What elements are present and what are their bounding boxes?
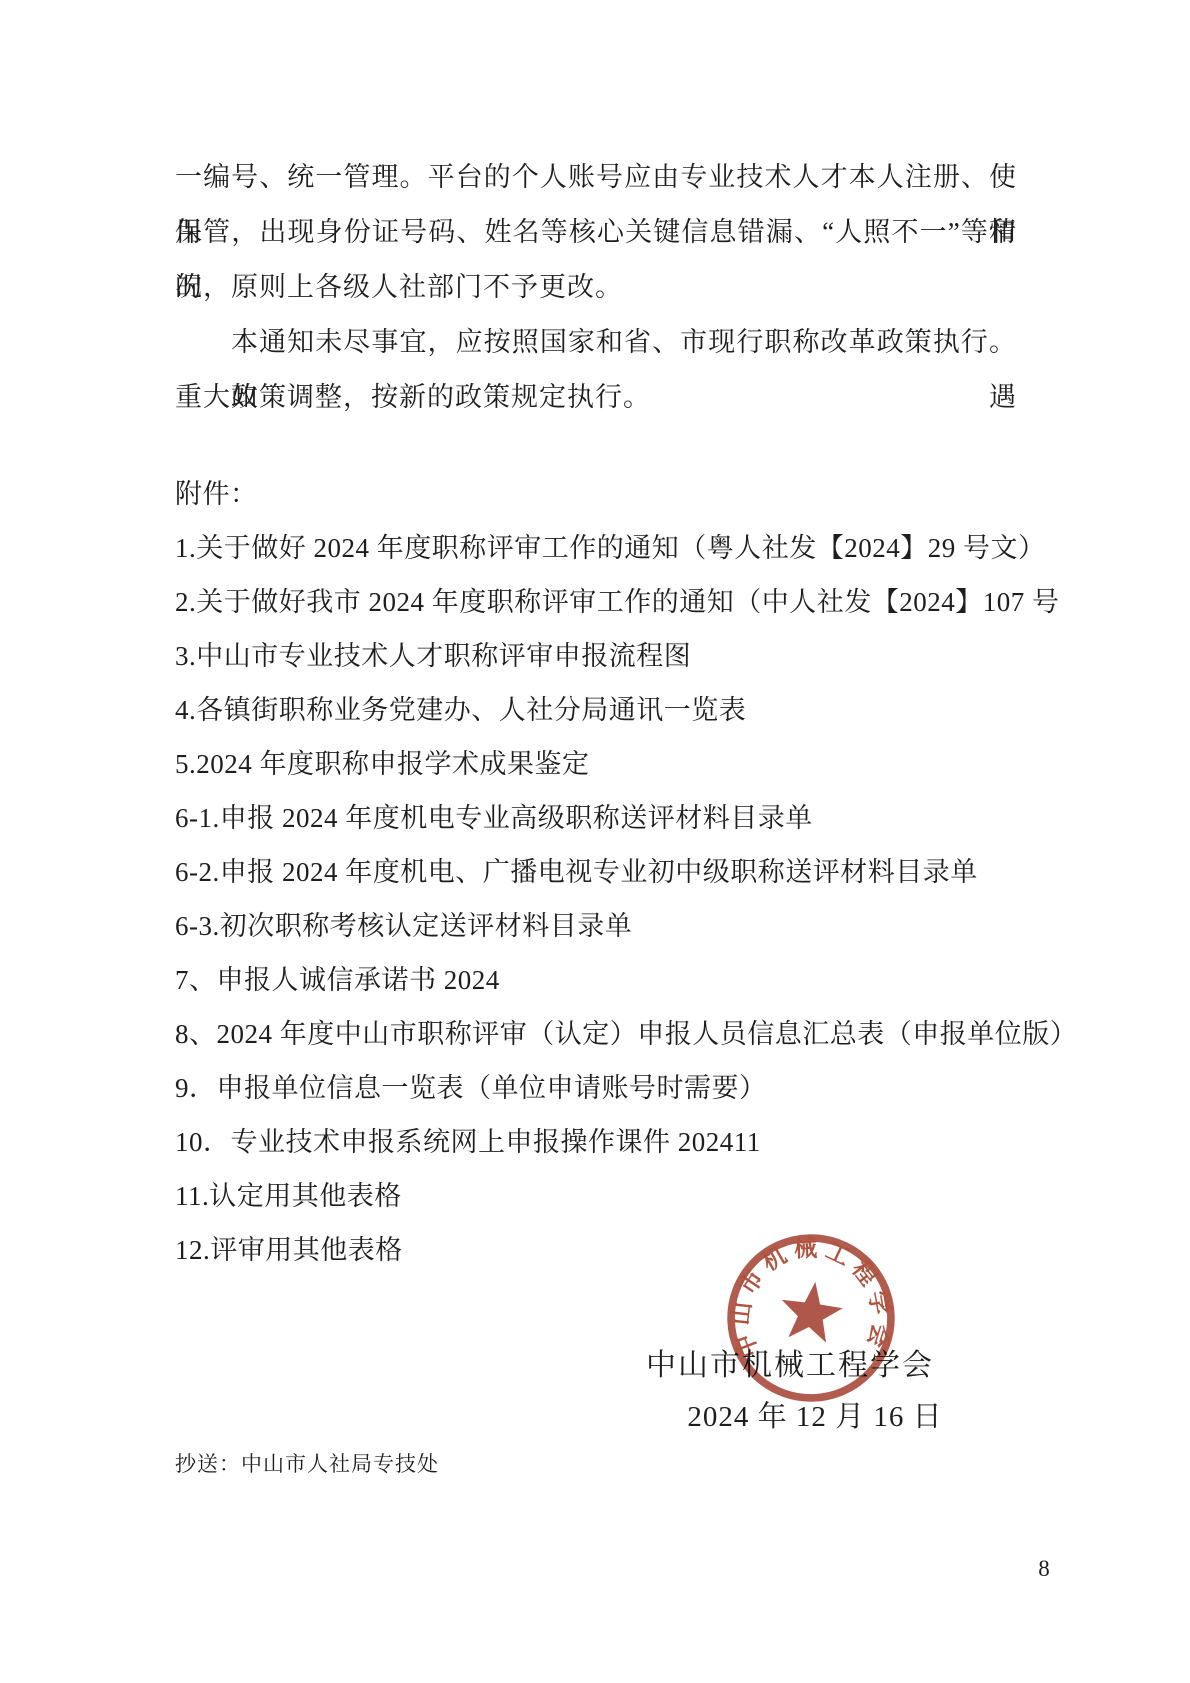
official-seal: 中山市机械工程学会 — [722, 1229, 900, 1407]
paragraph-line: 保管，出现身份证号码、姓名等核心关键信息错漏、“人照不一”等情况 — [175, 205, 1017, 260]
paragraph-line: 一编号、统一管理。平台的个人账号应由专业技术人才本人注册、使用和 — [175, 150, 1017, 205]
attachments-section: 附件： 1.关于做好 2024 年度职称评审工作的通知（粤人社发【2024】29… — [175, 467, 1055, 1277]
attachment-item: 9．申报单位信息一览表（单位申请账号时需要） — [175, 1061, 1055, 1115]
attachment-item: 8、2024 年度中山市职称评审（认定）申报人员信息汇总表（申报单位版） — [175, 1007, 1055, 1061]
attachment-item: 4.各镇街职称业务党建办、人社分局通讯一览表 — [175, 683, 1055, 737]
attachment-item: 6-2.申报 2024 年度机电、广播电视专业初中级职称送评材料目录单 — [175, 845, 1055, 899]
attachment-item: 7、申报人诚信承诺书 2024 — [175, 953, 1055, 1007]
attachment-item: 3.中山市专业技术人才职称评审申报流程图 — [175, 629, 1055, 683]
attachments-heading: 附件： — [175, 467, 1055, 521]
attachment-item: 12.评审用其他表格 — [175, 1223, 1055, 1277]
paragraph-line: 本通知未尽事宜，应按照国家和省、市现行职称改革政策执行。如遇 — [175, 315, 1017, 370]
page-number: 8 — [1022, 1556, 1066, 1582]
attachment-item: 1.关于做好 2024 年度职称评审工作的通知（粤人社发【2024】29 号文） — [175, 521, 1055, 575]
official-seal-graphic: 中山市机械工程学会 — [722, 1229, 900, 1407]
attachment-item: 6-1.申报 2024 年度机电专业高级职称送评材料目录单 — [175, 791, 1055, 845]
attachment-item: 5.2024 年度职称申报学术成果鉴定 — [175, 737, 1055, 791]
attachment-item: 6-3.初次职称考核认定送评材料目录单 — [175, 899, 1055, 953]
attachment-item: 2.关于做好我市 2024 年度职称评审工作的通知（中人社发【2024】107 … — [175, 575, 1055, 629]
body-text: 一编号、统一管理。平台的个人账号应由专业技术人才本人注册、使用和 保管，出现身份… — [175, 150, 1017, 425]
attachment-item: 11.认定用其他表格 — [175, 1169, 1055, 1223]
attachment-item: 10．专业技术申报系统网上申报操作课件 202411 — [175, 1115, 1055, 1169]
star-icon — [781, 1281, 844, 1344]
cc-line: 抄送：中山市人社局专技处 — [175, 1448, 439, 1480]
document-page: 一编号、统一管理。平台的个人账号应由专业技术人才本人注册、使用和 保管，出现身份… — [0, 0, 1190, 1683]
paragraph-line: 的，原则上各级人社部门不予更改。 — [175, 260, 1017, 315]
